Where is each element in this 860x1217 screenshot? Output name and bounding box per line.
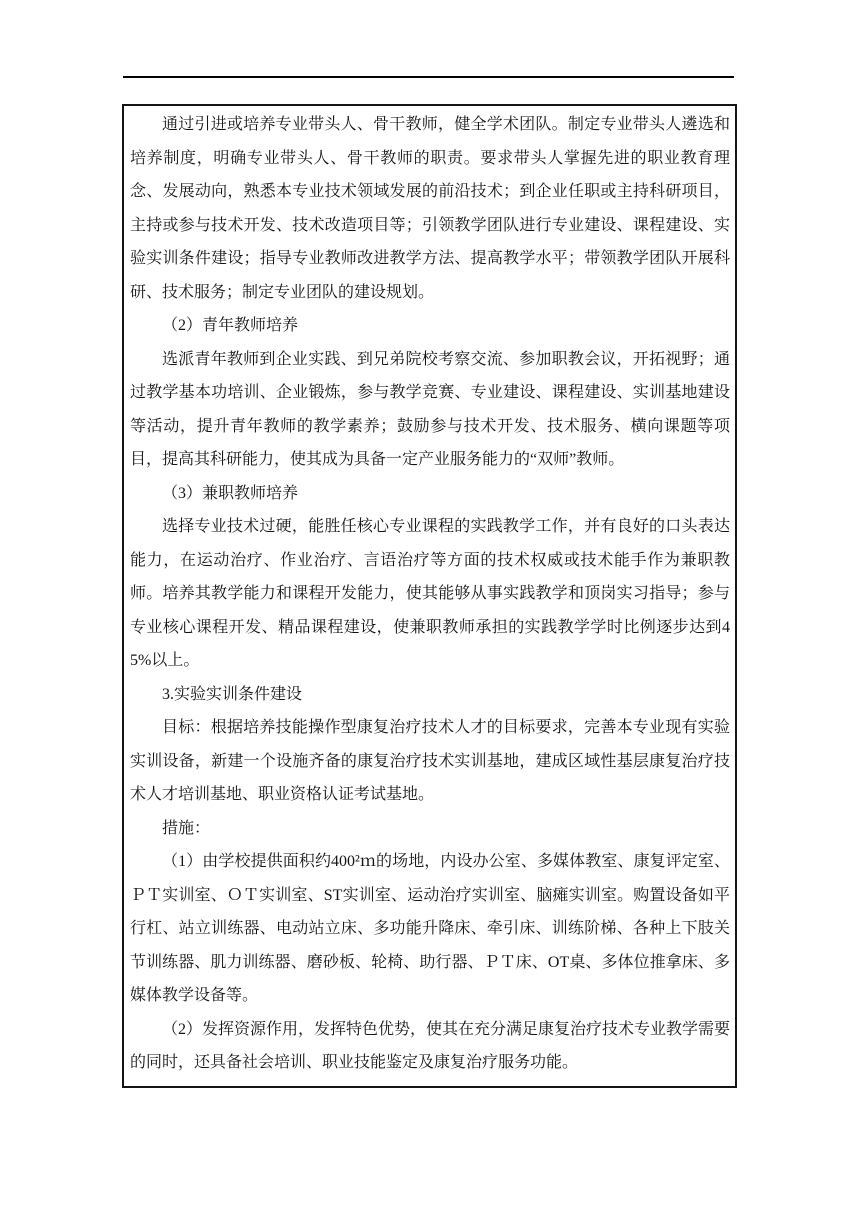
paragraph-measure-2-resources: （2）发挥资源作用，发挥特色优势，使其在充分满足康复治疗技术专业教学需要的同时，… [130,1013,730,1080]
heading-lab-training-construction: 3.实验实训条件建设 [130,678,730,712]
page-header-rule [123,76,734,78]
heading-measures: 措施： [130,812,730,846]
paragraph-measure-1-facilities: （1）由学校提供面积约400²ｍ的场地，内设办公室、多媒体教室、康复评定室、ＰＴ… [130,845,730,1013]
paragraph-lead-teacher-plan: 通过引进或培养专业带头人、骨干教师，健全学术团队。制定专业带头人遴选和培养制度，… [130,108,730,309]
paragraph-young-teacher-training: 选派青年教师到企业实践、到兄弟院校考察交流、参加职教会议，开拓视野；通过教学基本… [130,343,730,477]
document-page: 通过引进或培养专业带头人、骨干教师，健全学术团队。制定专业带头人遴选和培养制度，… [0,0,860,1217]
paragraph-parttime-teacher-training: 选择专业技术过硬，能胜任核心专业课程的实践教学工作，并有良好的口头表达能力，在运… [130,510,730,678]
content-table-cell: 通过引进或培养专业带头人、骨干教师，健全学术团队。制定专业带头人遴选和培养制度，… [122,104,737,1088]
paragraph-lab-training-goal: 目标：根据培养技能操作型康复治疗技术人才的目标要求，完善本专业现有实验实训设备，… [130,711,730,812]
heading-parttime-teacher-training: （3）兼职教师培养 [130,477,730,511]
heading-young-teacher-training: （2）青年教师培养 [130,309,730,343]
